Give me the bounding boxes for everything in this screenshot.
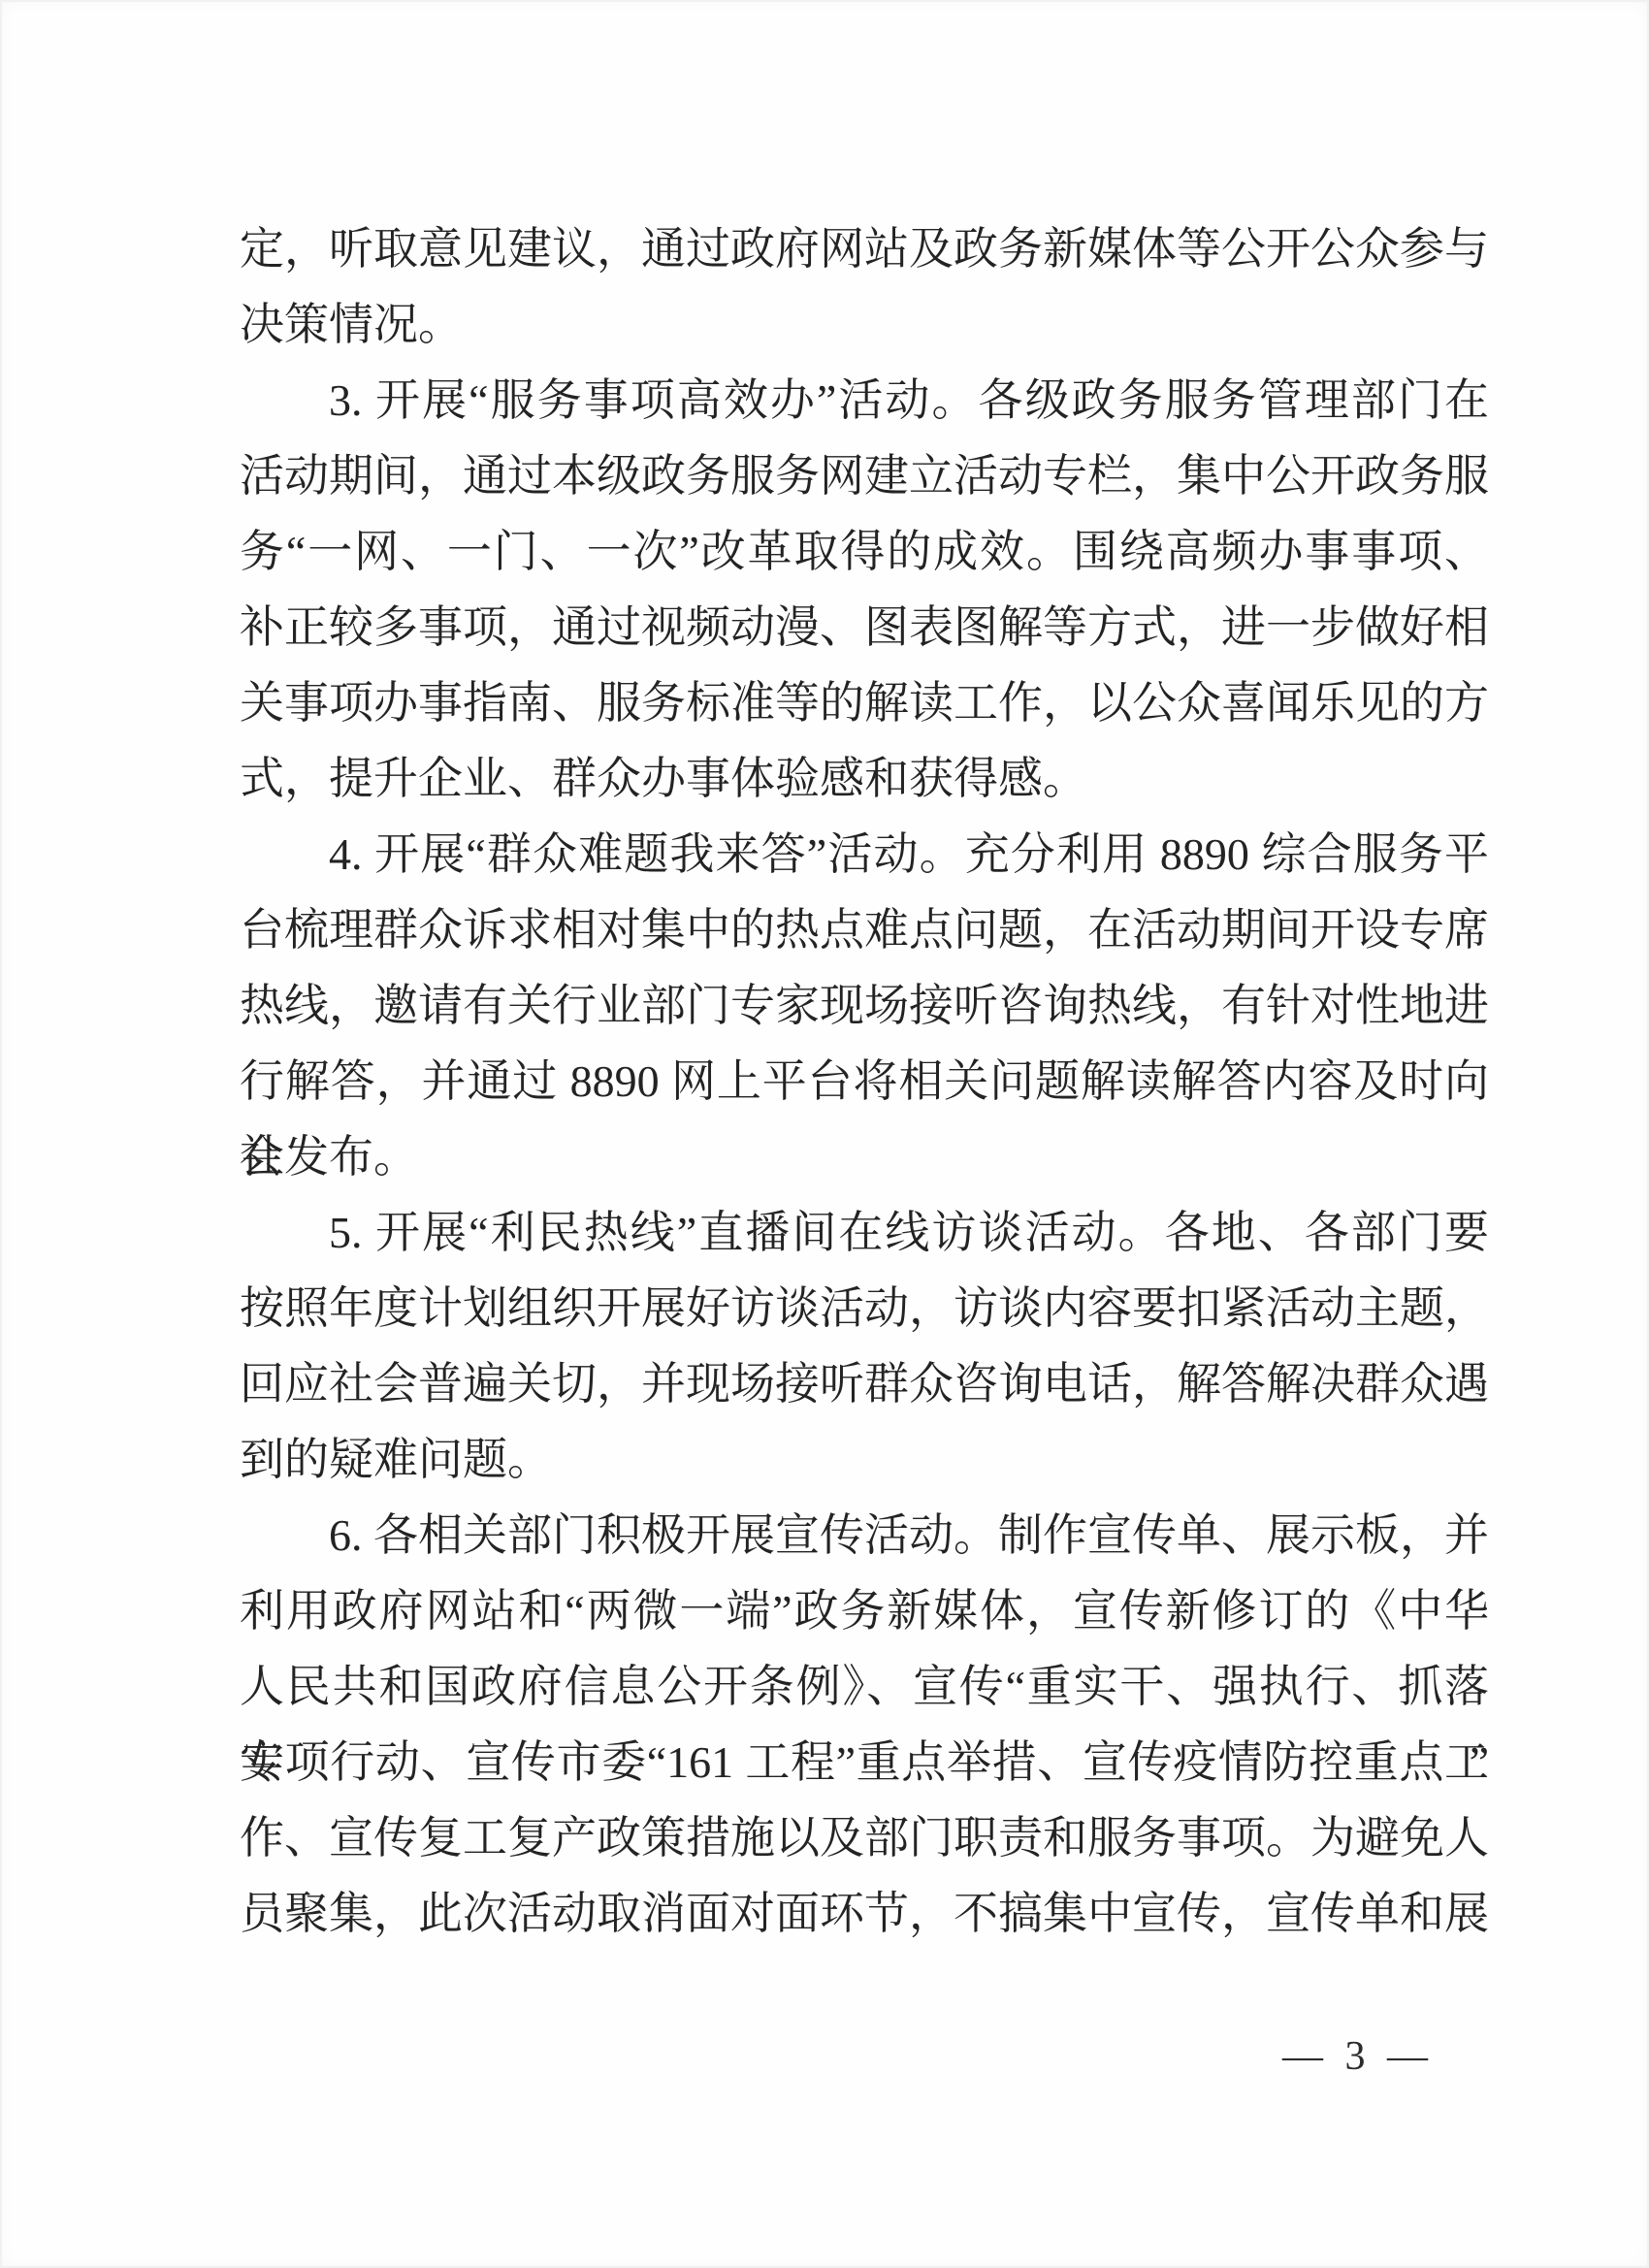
text-line: 专项行动、宣传市委“161 工程”重点举措、宣传疫情防控重点工 [240, 1725, 1489, 1800]
text-line: 务“一网、一门、一次”改革取得的成效。围绕高频办事事项、 [240, 514, 1489, 590]
text-line: 定，听取意见建议，通过政府网站及政务新媒体等公开公众参与 [240, 211, 1489, 287]
text-line: 行解答，并通过 8890 网上平台将相关问题解读解答内容及时向社 [240, 1044, 1489, 1119]
document-page: 定，听取意见建议，通过政府网站及政务新媒体等公开公众参与决策情况。3. 开展“服… [0, 0, 1649, 2268]
text-line: 员聚集，此次活动取消面对面环节，不搞集中宣传，宣传单和展 [240, 1876, 1489, 1952]
text-line: 关事项办事指南、服务标准等的解读工作，以公众喜闻乐见的方 [240, 665, 1489, 741]
page-number: — 3 — [1282, 2033, 1447, 2080]
text-line: 式，提升企业、群众办事体验感和获得感。 [240, 741, 1489, 817]
text-line: 热线，邀请有关行业部门专家现场接听咨询热线，有针对性地进 [240, 968, 1489, 1044]
text-line: 回应社会普遍关切，并现场接听群众咨询电话，解答解决群众遇 [240, 1346, 1489, 1422]
text-line: 作、宣传复工复产政策措施以及部门职责和服务事项。为避免人 [240, 1800, 1489, 1876]
text-line: 台梳理群众诉求相对集中的热点难点问题，在活动期间开设专席 [240, 892, 1489, 968]
document-body: 定，听取意见建议，通过政府网站及政务新媒体等公开公众参与决策情况。3. 开展“服… [240, 211, 1489, 1952]
text-line: 按照年度计划组织开展好访谈活动，访谈内容要扣紧活动主题， [240, 1271, 1489, 1346]
text-line: 6. 各相关部门积极开展宣传活动。制作宣传单、展示板，并 [240, 1498, 1489, 1573]
text-line: 4. 开展“群众难题我来答”活动。充分利用 8890 综合服务平 [240, 817, 1489, 892]
text-line: 会发布。 [240, 1119, 1489, 1195]
text-line: 到的疑难问题。 [240, 1422, 1489, 1498]
text-line: 活动期间，通过本级政务服务网建立活动专栏，集中公开政务服 [240, 438, 1489, 514]
text-line: 5. 开展“利民热线”直播间在线访谈活动。各地、各部门要 [240, 1195, 1489, 1271]
text-line: 补正较多事项，通过视频动漫、图表图解等方式，进一步做好相 [240, 590, 1489, 665]
text-line: 人民共和国政府信息公开条例》、宣传“重实干、强执行、抓落实” [240, 1649, 1489, 1725]
text-line: 利用政府网站和“两微一端”政务新媒体，宣传新修订的《中华 [240, 1573, 1489, 1649]
text-line: 决策情况。 [240, 287, 1489, 363]
text-line: 3. 开展“服务事项高效办”活动。各级政务服务管理部门在 [240, 363, 1489, 438]
